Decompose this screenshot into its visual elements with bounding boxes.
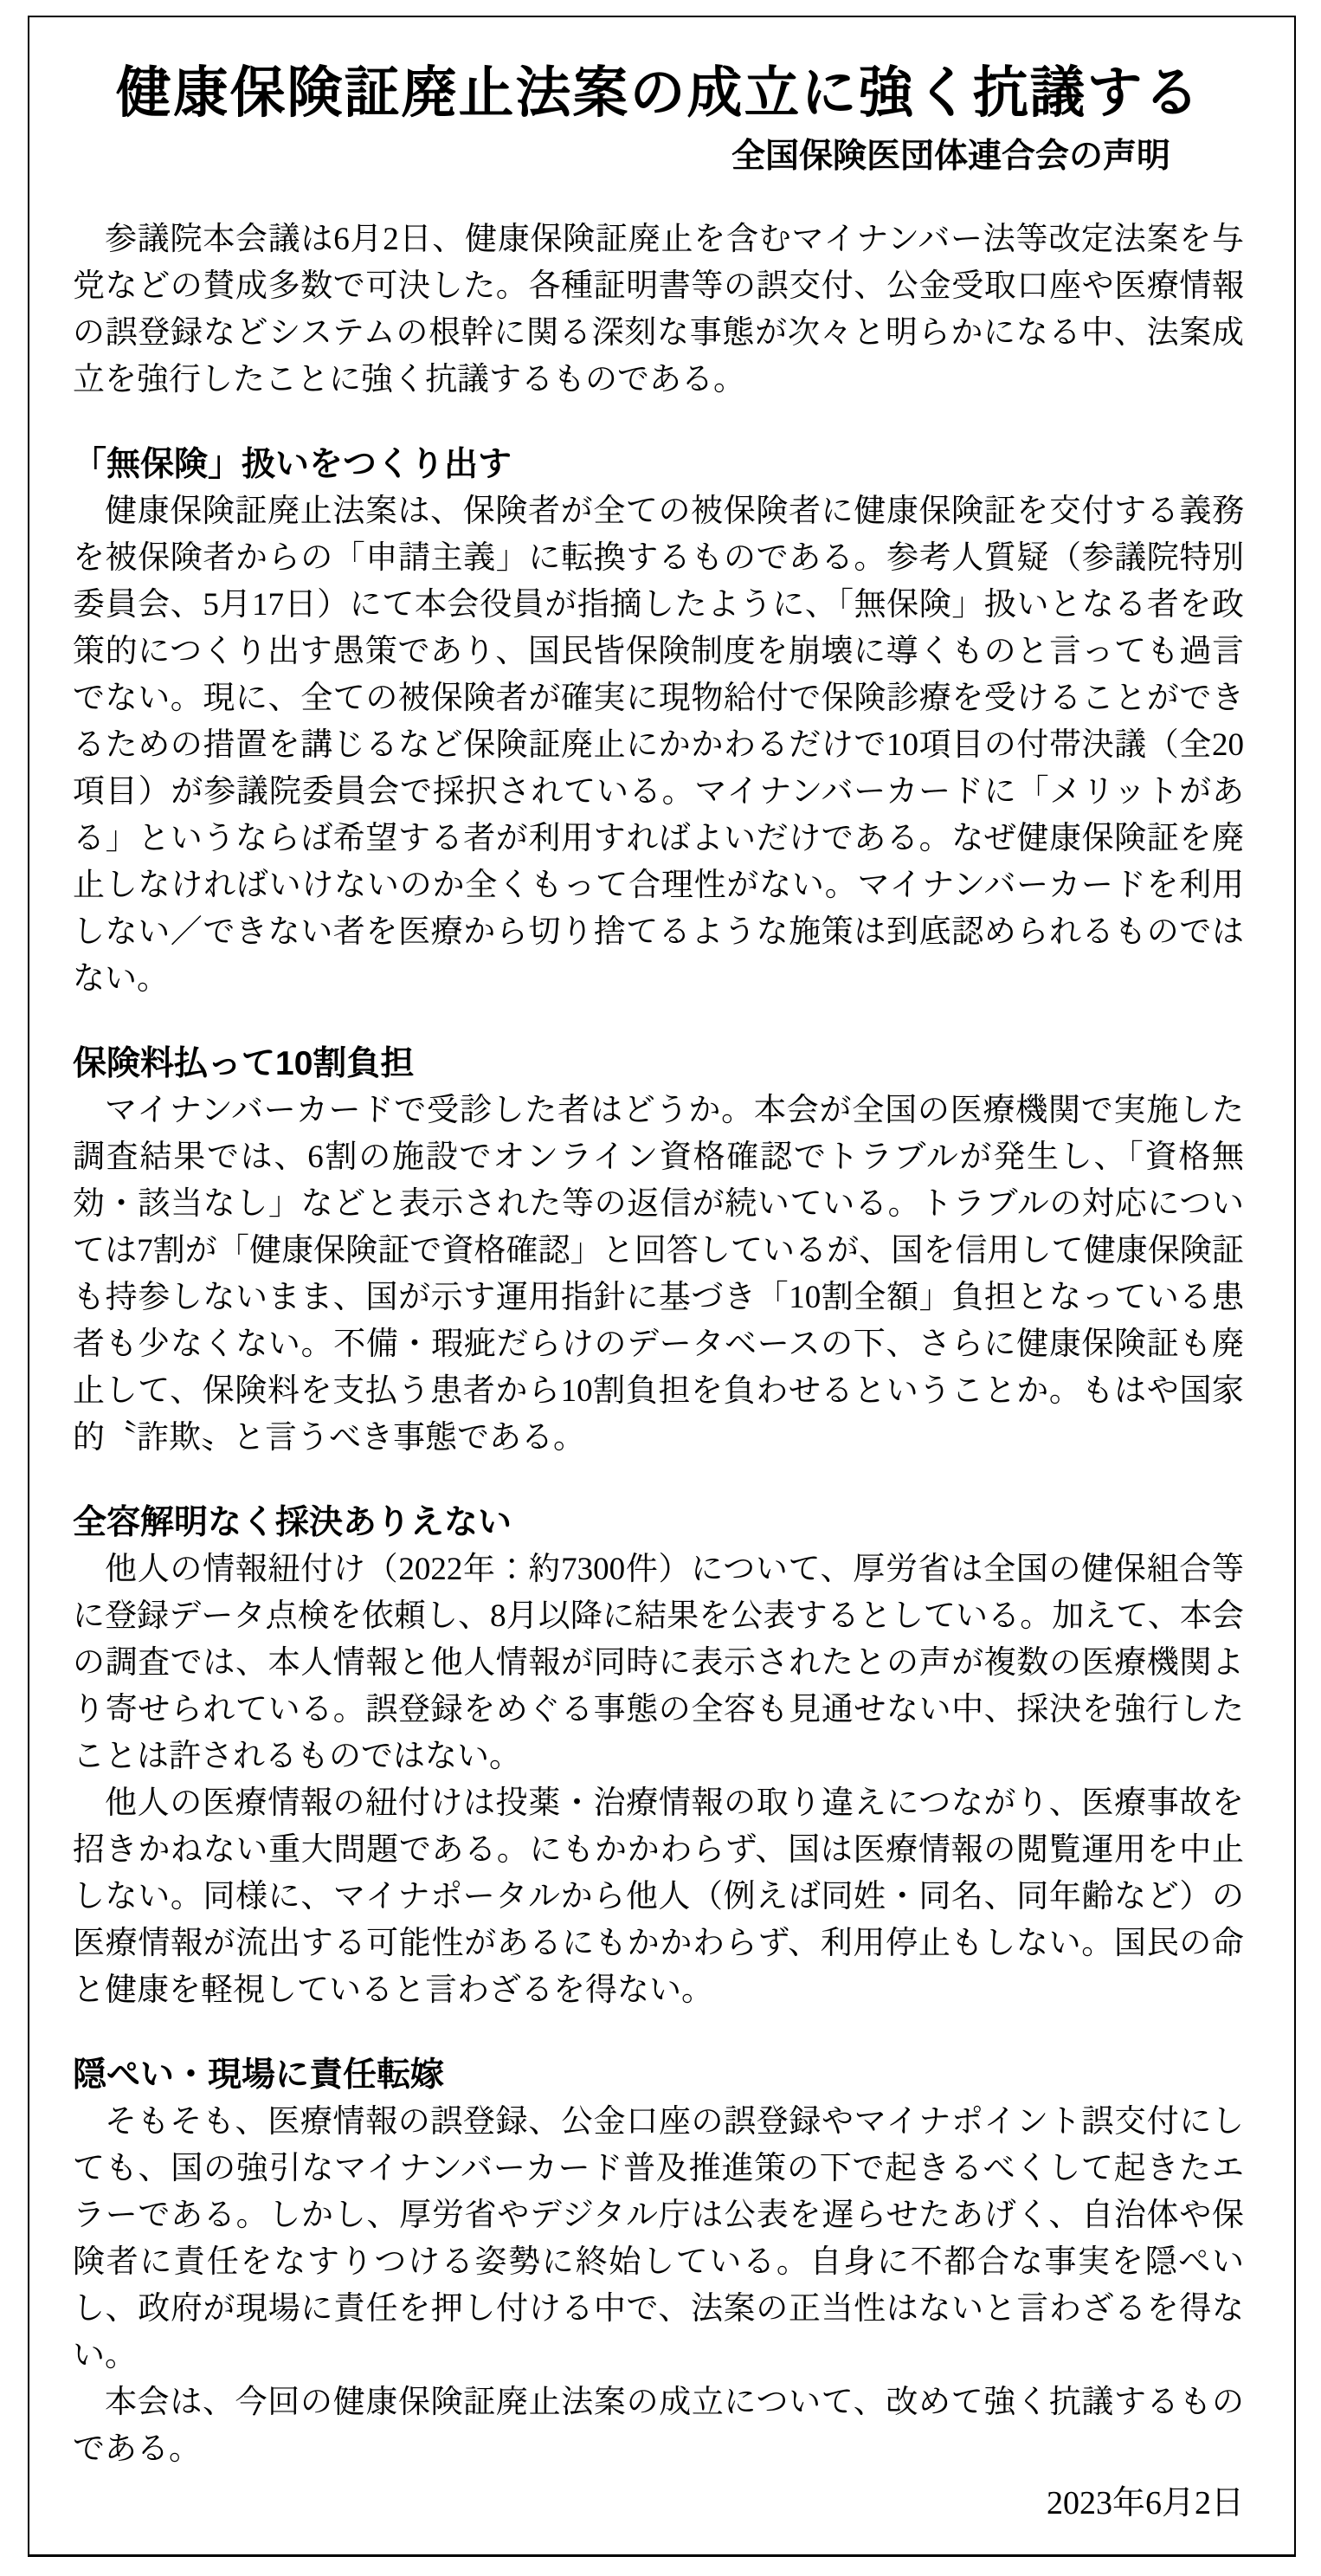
section-full-burden-paragraph: マイナンバーカードで受診した者はどうか。本会が全国の医療機関で実施した調査結果で… [73, 1088, 1244, 1462]
section-coverup-paragraph-1: そもそも、医療情報の誤登録、公金口座の誤登録やマイナポイント誤交付にしても、国の… [73, 2099, 1244, 2379]
section-no-vote-paragraph-2: 他人の医療情報の紐付けは投薬・治療情報の取り違えにつながり、医療事故を招きかねな… [73, 1780, 1244, 2014]
intro-paragraph: 参議院本会議は6月2日、健康保険証廃止を含むマイナンバー法等改定法案を与党などの… [73, 216, 1244, 404]
section-no-insurance-paragraph: 健康保険証廃止法案は、保険者が全ての被保険者に健康保険証を交付する義務を被保険者… [73, 488, 1244, 1003]
section-heading-coverup-blame-shift: 隠ぺい・現場に責任転嫁 [73, 2052, 1244, 2099]
document-attribution: 全国保険医団体連合会の声明 [73, 137, 1244, 177]
document-frame: 健康保険証廃止法案の成立に強く抗議する 全国保険医団体連合会の声明 参議院本会議… [28, 16, 1296, 2557]
section-heading-full-burden: 保険料払って10割負担 [73, 1041, 1244, 1088]
section-coverup-paragraph-2: 本会は、今回の健康保険証廃止法案の成立について、改めて強く抗議するものである。 [73, 2379, 1244, 2473]
section-heading-no-insurance: 「無保険」扱いをつくり出す [73, 442, 1244, 488]
section-no-vote-paragraph-1: 他人の情報紐付け（2022年：約7300件）について、厚労省は全国の健保組合等に… [73, 1546, 1244, 1780]
section-heading-no-vote-without-clarity: 全容解明なく採決ありえない [73, 1500, 1244, 1546]
statement-date: 2023年6月2日 [73, 2480, 1244, 2527]
document-title: 健康保険証廃止法案の成立に強く抗議する [73, 59, 1244, 126]
